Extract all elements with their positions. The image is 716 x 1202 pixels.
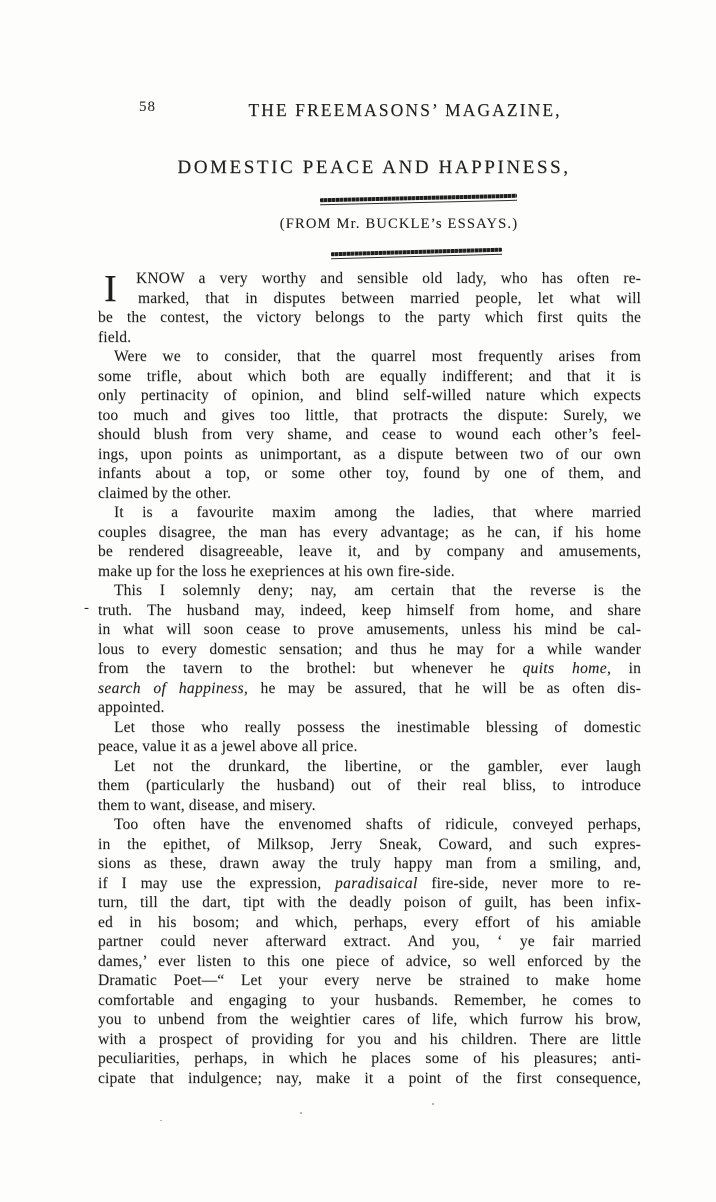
text-line: lous to every domestic sensation; and th… xyxy=(98,640,641,660)
text-segment: peculiarities, perhaps, in which he plac… xyxy=(98,1050,641,1067)
text-segment: from the tavern to the brothel: but when… xyxy=(98,660,522,677)
text-line: make up for the loss he exepriences at h… xyxy=(98,562,641,582)
paragraph: Let not the drunkard, the libertine, or … xyxy=(98,757,641,816)
text-line: you to unbend from the weightier cares o… xyxy=(98,1010,641,1030)
text-line: claimed by the other. xyxy=(98,484,641,504)
margin-mark: - xyxy=(84,600,89,617)
text-segment: Dramatic Poet—“ Let your every nerve be … xyxy=(98,972,641,989)
text-line: be rendered disagreeable, leave it, and … xyxy=(98,542,641,562)
text-line: too much and gives too little, that prot… xyxy=(98,406,641,426)
text-segment: lous to every domestic sensation; and th… xyxy=(98,641,641,658)
text-line: peace, value it as a jewel above all pri… xyxy=(98,737,641,757)
text-segment: only pertinacity of opinion, and blind s… xyxy=(98,387,641,404)
text-segment: truth. The husband may, indeed, keep him… xyxy=(98,602,641,619)
article-body: IKNOW a very worthy and sensible old lad… xyxy=(98,269,641,1088)
text-line: appointed. xyxy=(98,698,641,718)
text-segment: KNOW a very worthy and sensible old lady… xyxy=(136,270,641,287)
text-segment: Were we to consider, that the quarrel mo… xyxy=(114,348,641,365)
text-segment: should blush from very shame, and cease … xyxy=(98,426,641,443)
text-line: sions as these, drawn away the truly hap… xyxy=(98,854,641,874)
text-line: KNOW a very worthy and sensible old lady… xyxy=(98,269,641,289)
text-segment: ed in his bosom; and which, perhaps, eve… xyxy=(98,914,641,931)
article-title: DOMESTIC PEACE AND HAPPINESS, xyxy=(16,157,716,179)
text-line: them (particularly the husband) out of t… xyxy=(98,776,641,796)
text-line: ed in his bosom; and which, perhaps, eve… xyxy=(98,913,641,933)
text-segment: fire-side, never more to re- xyxy=(418,875,641,892)
text-line: Too often have the envenomed shafts of r… xyxy=(98,815,641,835)
text-line: with a prospect of providing for you and… xyxy=(98,1030,641,1050)
text-line: if I may use the expression, paradisaica… xyxy=(98,874,641,894)
text-segment: dames,’ ever listen to this one piece of… xyxy=(98,953,641,970)
text-line: infants about a top, or some other toy, … xyxy=(98,464,641,484)
drop-cap: I xyxy=(104,270,117,308)
text-line: truth. The husband may, indeed, keep him… xyxy=(98,601,641,621)
text-segment: cipate that indulgence; nay, make it a p… xyxy=(98,1070,641,1087)
scan-speck xyxy=(300,1112,302,1114)
scan-speck xyxy=(160,1120,162,1121)
text-line: some trifle, about which both are equall… xyxy=(98,367,641,387)
scan-speck xyxy=(432,1103,434,1105)
text-line: couples disagree, the man has every adva… xyxy=(98,523,641,543)
text-segment: in what will soon cease to prove amuseme… xyxy=(98,621,641,638)
text-line: Let not the drunkard, the libertine, or … xyxy=(98,757,641,777)
text-segment: comfortable and engaging to your husband… xyxy=(98,992,641,1009)
text-line: comfortable and engaging to your husband… xyxy=(98,991,641,1011)
text-segment: be rendered disagreeable, leave it, and … xyxy=(98,543,641,560)
text-line: peculiarities, perhaps, in which he plac… xyxy=(98,1049,641,1069)
text-segment: Let not the drunkard, the libertine, or … xyxy=(114,758,641,775)
running-header: THE FREEMASONS’ MAGAZINE, xyxy=(47,100,716,121)
decorative-rule xyxy=(320,194,517,205)
text-segment: turn, till the dart, tipt with the deadl… xyxy=(98,894,641,911)
text-segment: them to want, disease, and misery. xyxy=(98,797,316,814)
paragraph: IKNOW a very worthy and sensible old lad… xyxy=(98,269,641,347)
text-segment: claimed by the other. xyxy=(98,485,231,502)
text-line: turn, till the dart, tipt with the deadl… xyxy=(98,893,641,913)
text-segment: make up for the loss he exepriences at h… xyxy=(98,563,455,580)
text-line: Let those who really possess the inestim… xyxy=(98,718,641,738)
paragraph: Too often have the envenomed shafts of r… xyxy=(98,815,641,1088)
text-segment: with a prospect of providing for you and… xyxy=(98,1031,641,1048)
text-segment: field. xyxy=(98,329,131,346)
text-line: in the epithet, of Milksop, Jerry Sneak,… xyxy=(98,835,641,855)
text-line: field. xyxy=(98,328,641,348)
decorative-rule xyxy=(331,248,502,259)
scan-speck xyxy=(452,196,454,198)
text-segment: too much and gives too little, that prot… xyxy=(98,407,641,424)
text-segment: peace, value it as a jewel above all pri… xyxy=(98,738,357,755)
text-segment: infants about a top, or some other toy, … xyxy=(98,465,641,482)
source-attribution: (FROM Mr. BUCKLE’s ESSAYS.) xyxy=(41,216,716,233)
text-segment: he may be assured, that he will be as of… xyxy=(248,680,641,697)
text-line: only pertinacity of opinion, and blind s… xyxy=(98,386,641,406)
text-segment: in xyxy=(611,660,641,677)
text-line: from the tavern to the brothel: but when… xyxy=(98,659,641,679)
text-line: search of happiness, he may be assured, … xyxy=(98,679,641,699)
text-segment: if I may use the expression, xyxy=(98,875,335,892)
text-segment: ings, upon points as unimportant, as a d… xyxy=(98,446,641,463)
paragraph: Let those who really possess the inestim… xyxy=(98,718,641,757)
paragraph: This I solemnly deny; nay, am certain th… xyxy=(98,581,641,718)
text-line: should blush from very shame, and cease … xyxy=(98,425,641,445)
text-segment: sions as these, drawn away the truly hap… xyxy=(98,855,641,872)
text-line: Dramatic Poet—“ Let your every nerve be … xyxy=(98,971,641,991)
text-segment: appointed. xyxy=(98,699,165,716)
text-line: be the contest, the victory belongs to t… xyxy=(98,308,641,328)
text-line: partner could never afterward extract. A… xyxy=(98,932,641,952)
paragraph: Were we to consider, that the quarrel mo… xyxy=(98,347,641,503)
text-line: This I solemnly deny; nay, am certain th… xyxy=(98,581,641,601)
text-line: ings, upon points as unimportant, as a d… xyxy=(98,445,641,465)
text-line: in what will soon cease to prove amuseme… xyxy=(98,620,641,640)
text-segment: some trifle, about which both are equall… xyxy=(98,368,641,385)
text-line: marked, that in disputes between married… xyxy=(98,289,641,309)
text-line: Were we to consider, that the quarrel mo… xyxy=(98,347,641,367)
text-segment: Let those who really possess the inestim… xyxy=(114,719,641,736)
scanned-page: 58 THE FREEMASONS’ MAGAZINE, DOMESTIC PE… xyxy=(0,0,716,1202)
text-segment: be the contest, the victory belongs to t… xyxy=(98,309,641,326)
text-line: cipate that indulgence; nay, make it a p… xyxy=(98,1069,641,1089)
text-segment: Too often have the envenomed shafts of r… xyxy=(114,816,641,833)
text-segment: partner could never afterward extract. A… xyxy=(98,933,641,950)
text-segment: in the epithet, of Milksop, Jerry Sneak,… xyxy=(98,836,641,853)
text-line: them to want, disease, and misery. xyxy=(98,796,641,816)
text-segment: couples disagree, the man has every adva… xyxy=(98,524,641,541)
italic-text: quits home, xyxy=(522,660,611,677)
text-segment: This I solemnly deny; nay, am certain th… xyxy=(114,582,641,599)
text-segment: It is a favourite maxim among the ladies… xyxy=(114,504,641,521)
italic-text: paradisaical xyxy=(335,875,418,892)
text-segment: you to unbend from the weightier cares o… xyxy=(98,1011,641,1028)
text-line: dames,’ ever listen to this one piece of… xyxy=(98,952,641,972)
text-segment: marked, that in disputes between married… xyxy=(138,290,641,307)
italic-text: search of happiness, xyxy=(98,680,248,697)
text-line: It is a favourite maxim among the ladies… xyxy=(98,503,641,523)
paragraph: It is a favourite maxim among the ladies… xyxy=(98,503,641,581)
text-segment: them (particularly the husband) out of t… xyxy=(98,777,641,794)
